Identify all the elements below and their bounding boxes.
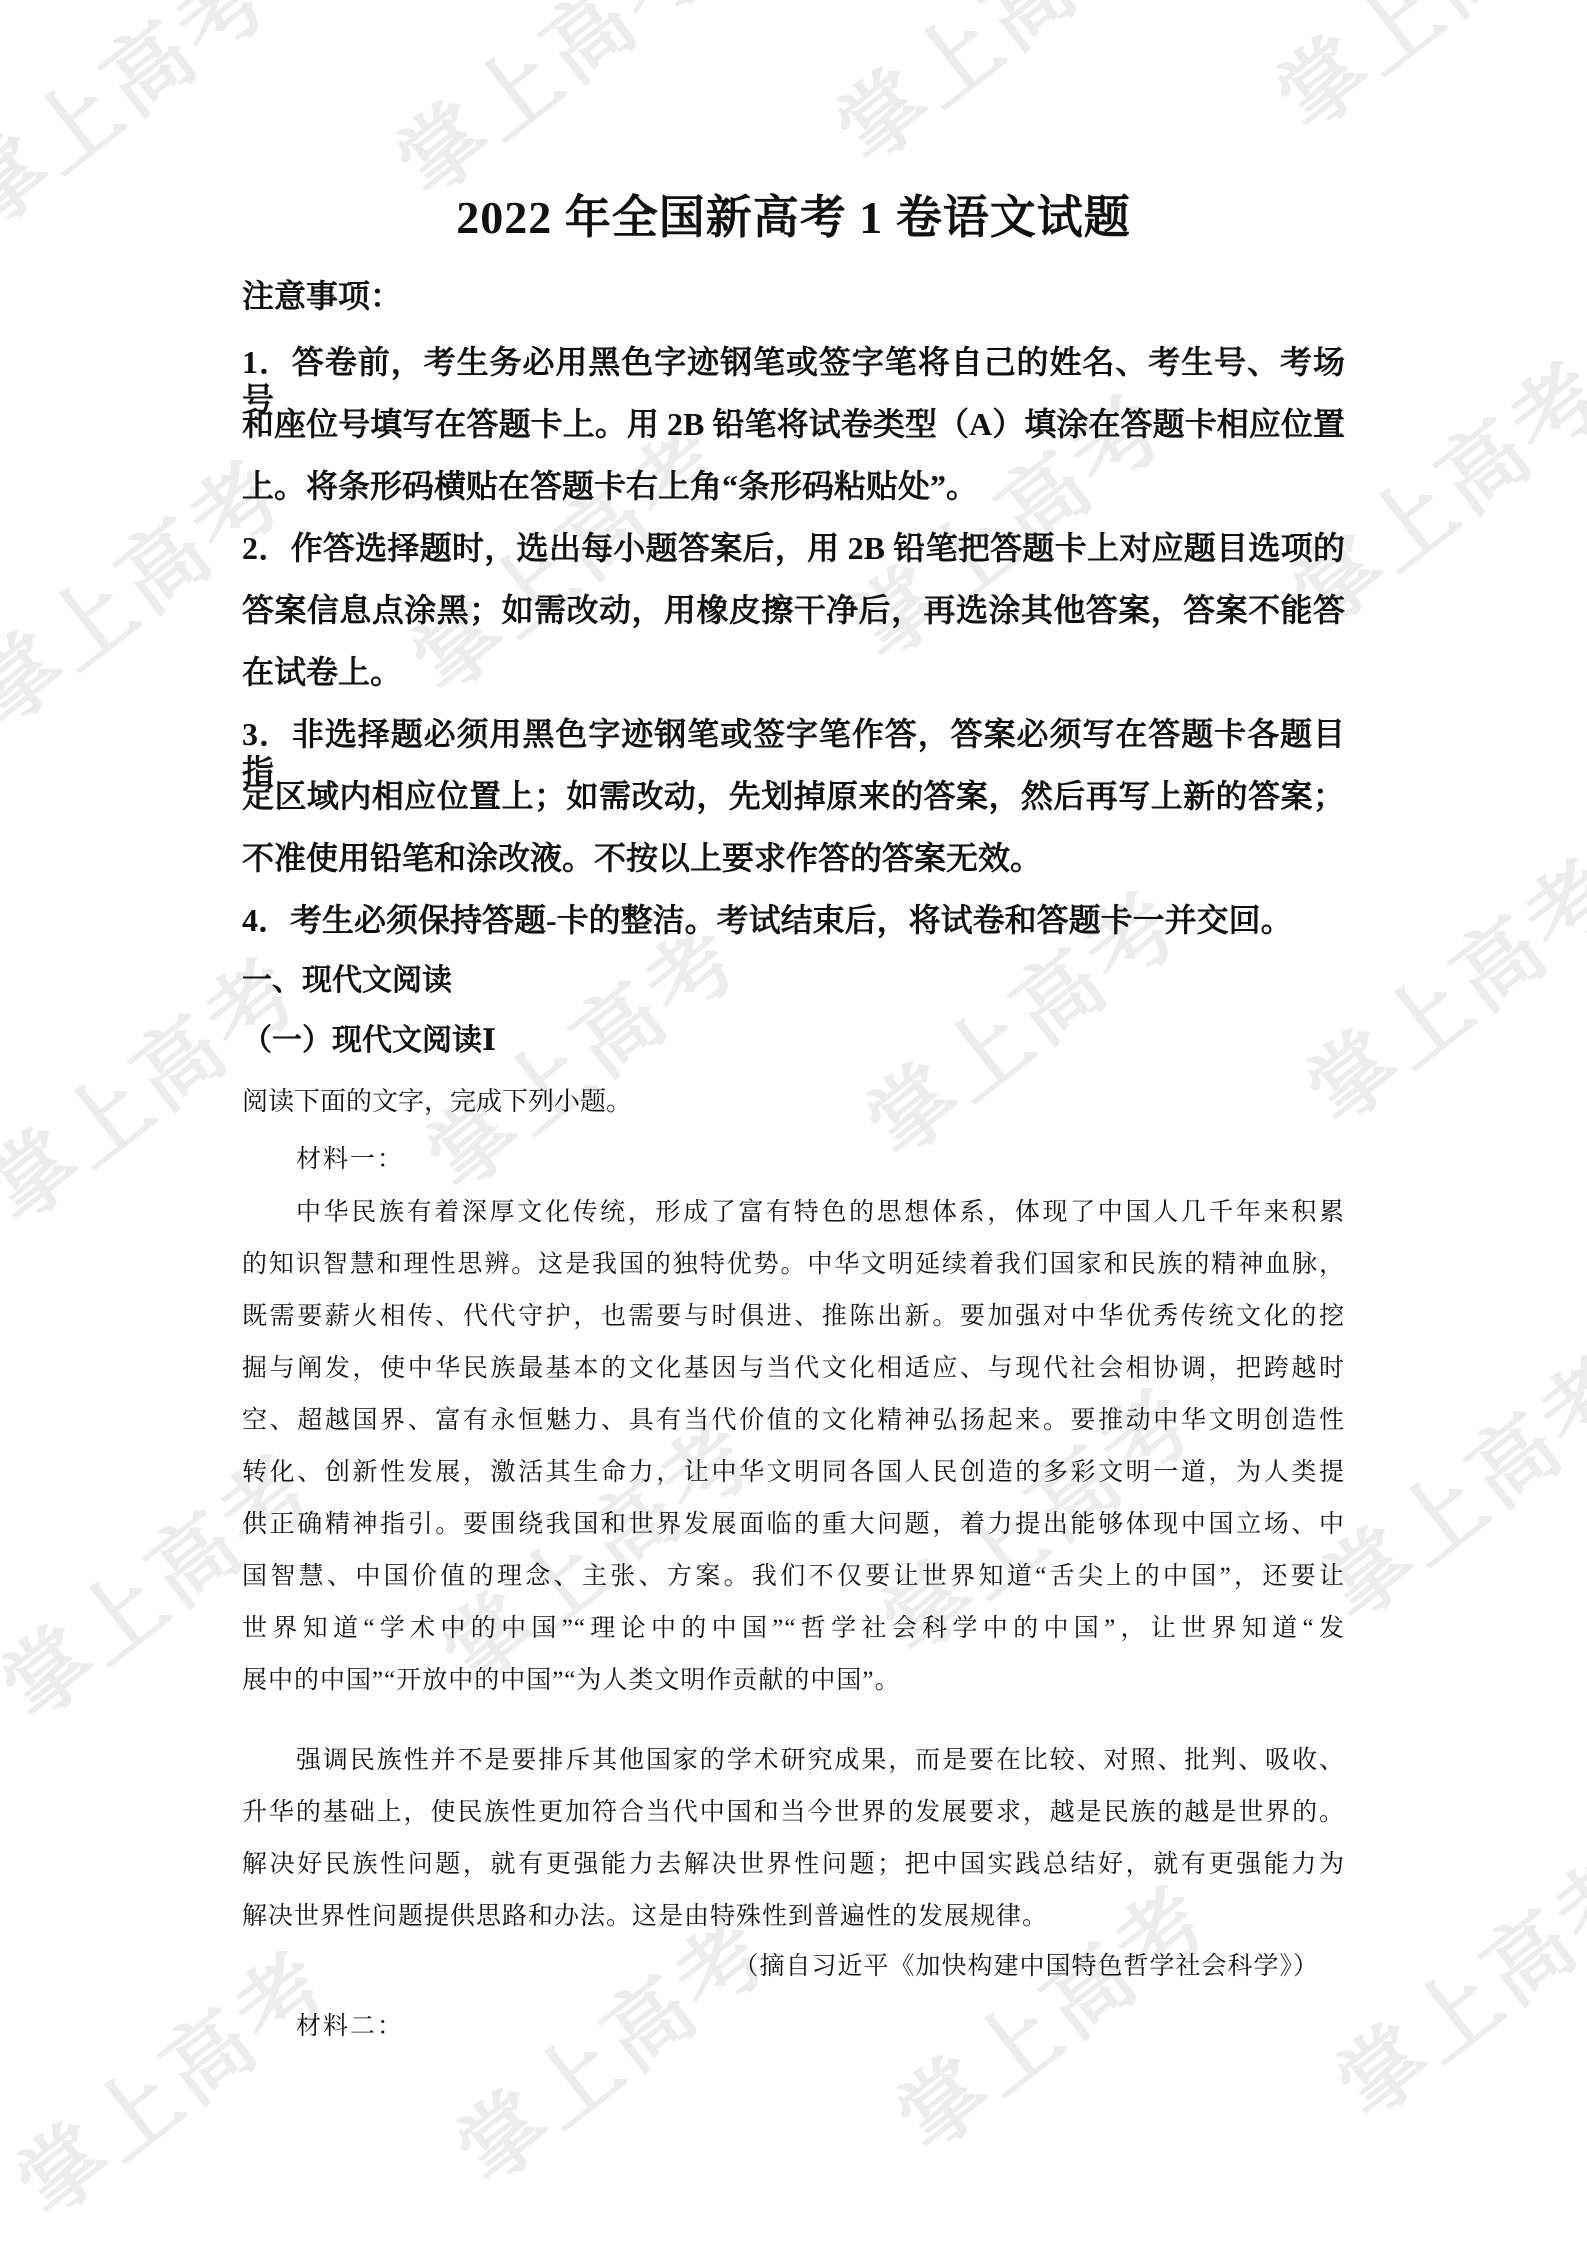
reading-instruction: 阅读下面的文字，完成下列小题。: [242, 1087, 632, 1117]
material-one-paragraph1-line: 中华民族有着深厚文化传统，形成了富有特色的思想体系，体现了中国人几千年来积累: [242, 1199, 1345, 1228]
notice-item-line: 2．作答选择题时，选出每小题答案后，用 2B 铅笔把答题卡上对应题目选项的: [242, 530, 1345, 567]
section-heading: 一、现代文阅读: [242, 964, 452, 999]
material-one-paragraph1-line: 世界知道“学术中的中国”“理论中的中国”“哲学社会科学中的中国”，让世界知道“发: [242, 1615, 1345, 1644]
material-one-paragraph1-line: 空、超越国界、富有永恒魅力、具有当代价值的文化精神弘扬起来。要推动中华文明创造性: [242, 1407, 1345, 1436]
material-one-paragraph1-line: 既需要薪火相传、代代守护，也需要与时俱进、推陈出新。要加强对中华优秀传统文化的挖: [242, 1303, 1345, 1332]
notice-item-line: 和座位号填写在答题卡上。用 2B 铅笔将试卷类型（A）填涂在答题卡相应位置: [242, 406, 1345, 443]
page-title: 2022 年全国新高考 1 卷语文试题: [0, 192, 1587, 245]
material-one-paragraph1-line: 供正确精神指引。要围绕我国和世界发展面临的重大问题，着力提出能够体现中国立场、中: [242, 1511, 1345, 1540]
material-one-paragraph2-line: 解决好民族性问题，就有更强能力去解决世界性问题；把中国实践总结好，就有更强能力为: [242, 1851, 1345, 1880]
material-one-paragraph1-line: 展中的中国”“开放中的中国”“为人类文明作贡献的中国”。: [242, 1667, 1345, 1696]
notice-item-line: 答案信息点涂黑；如需改动，用橡皮擦干净后，再选涂其他答案，答案不能答: [242, 592, 1345, 629]
notice-item-line: 4．考生必须保持答题-卡的整洁。考试结束后，将试卷和答题卡一并交回。: [242, 902, 1345, 939]
material-one-paragraph1-line: 的知识智慧和理性思辨。这是我国的独特优势。中华文明延续着我们国家和民族的精神血脉…: [242, 1251, 1345, 1280]
notice-heading: 注意事项：: [242, 278, 1345, 315]
material-one-label: 材料一：: [296, 1146, 404, 1175]
material-one-paragraph1-line: 掘与阐发，使中华民族最基本的文化基因与当代文化相适应、与现代社会相协调，把跨越时: [242, 1355, 1345, 1384]
material-one-paragraph2-line: 解决世界性问题提供思路和办法。这是由特殊性到普遍性的发展规律。: [242, 1903, 1345, 1932]
notice-item-line: 定区域内相应位置上；如需改动，先划掉原来的答案，然后再写上新的答案；: [242, 778, 1345, 815]
notice-item-line: 在试卷上。: [242, 654, 1345, 691]
exam-paper-page: 掌上高考掌上高考掌上高考掌上高考掌上高考掌上高考掌上高考掌上高考掌上高考掌上高考…: [0, 0, 1587, 2245]
material-one-paragraph2-line: 强调民族性并不是要排斥其他国家的学术研究成果，而是要在比较、对照、批判、吸收、: [242, 1747, 1345, 1776]
notice-item-line: 不准使用铅笔和涂改液。不按以上要求作答的答案无效。: [242, 840, 1345, 877]
notice-item-line: 上。将条形码横贴在答题卡右上角“条形码粘贴处”。: [242, 468, 1345, 505]
material-one-paragraph1-line: 转化、创新性发展，激活其生命力，让中华文明同各国人民创造的多彩文明一道，为人类提: [242, 1459, 1345, 1488]
attribution: （摘自习近平《加快构建中国特色哲学社会科学》）: [242, 1953, 1319, 1982]
material-one-paragraph2-line: 升华的基础上，使民族性更加符合当代中国和当今世界的发展要求，越是民族的越是世界的…: [242, 1799, 1345, 1828]
subsection-heading: （一）现代文阅读Ⅰ: [242, 1024, 496, 1059]
document-text-layer: 2022 年全国新高考 1 卷语文试题 注意事项： 一、现代文阅读 （一）现代文…: [0, 0, 1587, 2245]
material-one-paragraph1-line: 国智慧、中国价值的理念、主张、方案。我们不仅要让世界知道“舌尖上的中国”，还要让: [242, 1563, 1345, 1592]
material-two-label: 材料二：: [296, 2013, 404, 2042]
